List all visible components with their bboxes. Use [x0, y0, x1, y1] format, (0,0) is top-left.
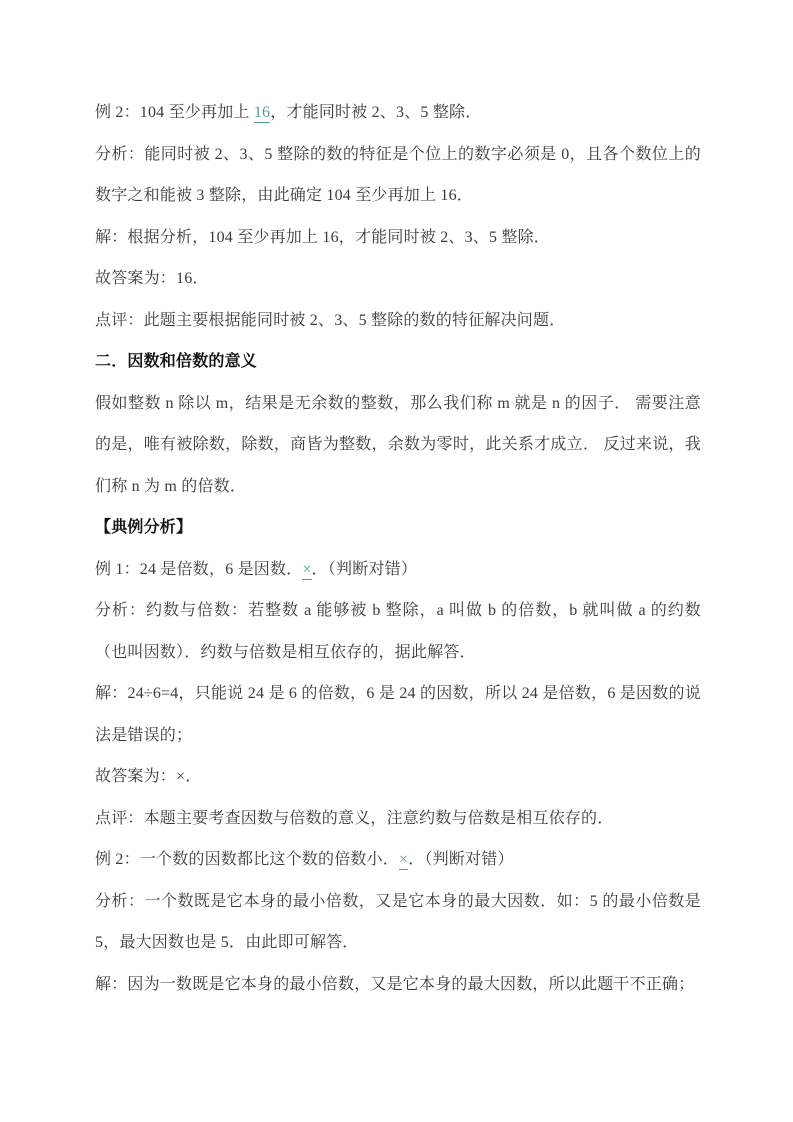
example1-section2-comment: 点评：本题主要考查因数与倍数的意义，注意约数与倍数是相互依存的．: [95, 798, 701, 840]
example2-section2-solution: 解：因为一数既是它本身的最小倍数，又是它本身的最大因数，所以此题干不正确；: [95, 964, 701, 1006]
section2-definition: 假如整数 n 除以 m，结果是无余数的整数，那么我们称 m 就是 n 的因子． …: [95, 383, 701, 508]
example2-section2-problem: 例 2：一个数的因数都比这个数的倍数小．×．（判断对错）: [95, 839, 701, 881]
text-run: 【典例分析】: [95, 519, 192, 536]
text-run: 解：根据分析，104 至少再加上 16，才能同时被 2、3、5 整除．: [95, 229, 550, 246]
text-run: 例 2：一个数的因数都比这个数的倍数小．: [95, 851, 399, 868]
document-page: 例 2：104 至少再加上 16，才能同时被 2、3、5 整除．分析：能同时被 …: [0, 0, 793, 1122]
example1-section2-analysis: 分析：约数与倍数：若整数 a 能够被 b 整除，a 叫做 b 的倍数，b 就叫做…: [95, 590, 701, 673]
text-run: ．（判断对错）: [408, 851, 513, 868]
answer-mark: ×: [399, 851, 408, 870]
example2-section1-answer: 故答案为：16．: [95, 258, 701, 300]
example2-section1-analysis: 分析：能同时被 2、3、5 整除的数的特征是个位上的数字必须是 0，且各个数位上…: [95, 134, 701, 217]
example2-section2-analysis: 分析：一个数既是它本身的最小倍数，又是它本身的最大因数．如：5 的最小倍数是 5…: [95, 881, 701, 964]
example1-section2-problem: 例 1：24 是倍数，6 是因数．×．（判断对错）: [95, 549, 701, 591]
text-run: 二．因数和倍数的意义: [95, 353, 257, 370]
example2-section1-solution: 解：根据分析，104 至少再加上 16，才能同时被 2、3、5 整除．: [95, 217, 701, 259]
text-run: 故答案为：×．: [95, 768, 201, 785]
text-run: ．（判断对错）: [312, 561, 417, 578]
text-run: 分析：一个数既是它本身的最小倍数，又是它本身的最大因数．如：5 的最小倍数是 5…: [95, 893, 701, 952]
document-body: 例 2：104 至少再加上 16，才能同时被 2、3、5 整除．分析：能同时被 …: [95, 92, 701, 1005]
answer-mark: 16: [254, 104, 270, 123]
text-run: ，才能同时被 2、3、5 整除．: [270, 104, 481, 121]
example1-section2-answer: 故答案为：×．: [95, 756, 701, 798]
text-run: 例 2：104 至少再加上: [95, 104, 254, 121]
text-run: 假如整数 n 除以 m，结果是无余数的整数，那么我们称 m 就是 n 的因子． …: [95, 395, 701, 495]
text-run: 故答案为：16．: [95, 270, 209, 287]
answer-mark: ×: [302, 561, 311, 580]
text-run: 解：24÷6=4，只能说 24 是 6 的倍数，6 是 24 的因数，所以 24…: [95, 685, 701, 744]
example2-section1-problem: 例 2：104 至少再加上 16，才能同时被 2、3、5 整除．: [95, 92, 701, 134]
example2-section1-comment: 点评：此题主要根据能同时被 2、3、5 整除的数的特征解决问题．: [95, 300, 701, 342]
text-run: 解：因为一数既是它本身的最小倍数，又是它本身的最大因数，所以此题干不正确；: [95, 976, 694, 993]
example1-section2-solution: 解：24÷6=4，只能说 24 是 6 的倍数，6 是 24 的因数，所以 24…: [95, 673, 701, 756]
text-run: 点评：本题主要考查因数与倍数的意义，注意约数与倍数是相互依存的．: [95, 810, 613, 827]
text-run: 分析：约数与倍数：若整数 a 能够被 b 整除，a 叫做 b 的倍数，b 就叫做…: [95, 602, 701, 661]
section2-heading: 二．因数和倍数的意义: [95, 341, 701, 383]
text-run: 点评：此题主要根据能同时被 2、3、5 整除的数的特征解决问题．: [95, 312, 565, 329]
text-run: 分析：能同时被 2、3、5 整除的数的特征是个位上的数字必须是 0，且各个数位上…: [95, 146, 701, 205]
text-run: 例 1：24 是倍数，6 是因数．: [95, 561, 302, 578]
typical-examples-heading: 【典例分析】: [95, 507, 701, 549]
